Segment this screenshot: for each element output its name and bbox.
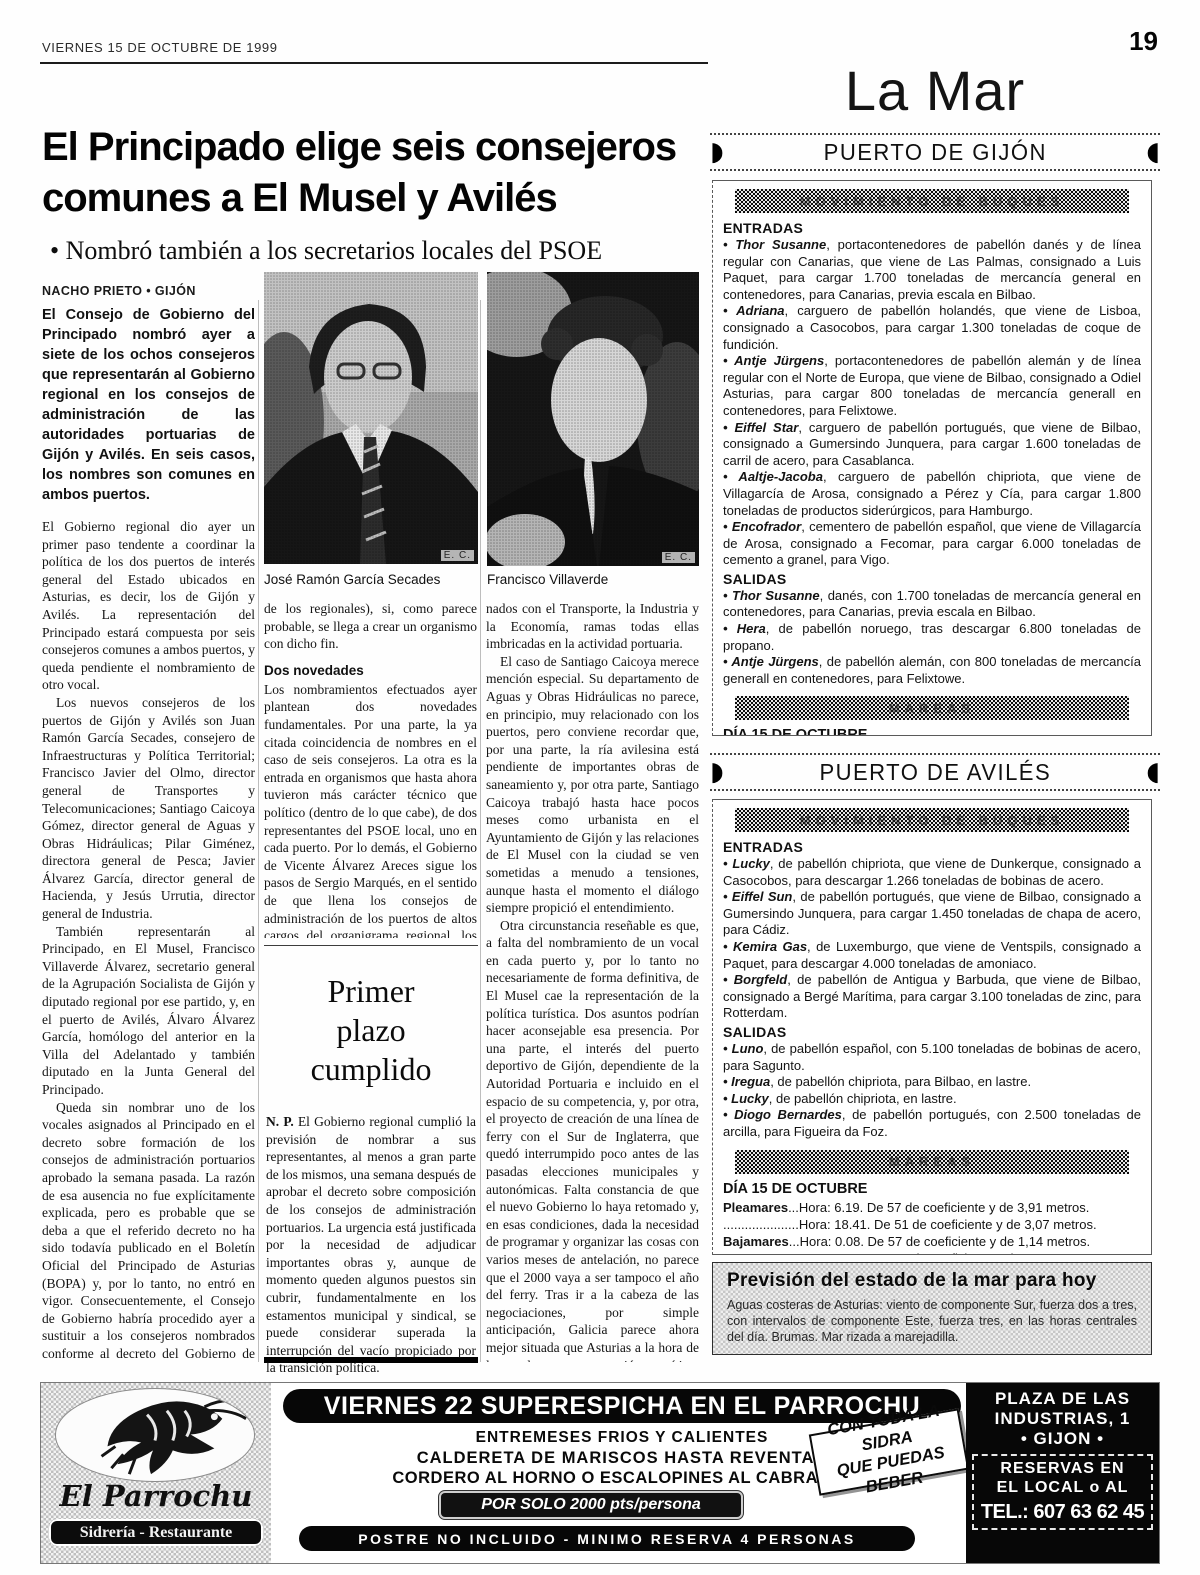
- ad-address-line: • GIJON •: [972, 1429, 1153, 1449]
- tide-line: .....................Hora: 18.41. De 51 …: [723, 1216, 1141, 1233]
- gijon-salidas-list: • Thor Susanne, danés, con 1.700 tonelad…: [723, 588, 1141, 688]
- photo-credit: E. C.: [662, 552, 695, 563]
- tides-day-label: DÍA 15 DE OCTUBRE: [723, 1181, 1141, 1197]
- ad-logo-oval: [55, 1388, 255, 1482]
- ship-entry: • Iregua, de pabellón chipriota, para Bi…: [723, 1074, 1141, 1091]
- ad-contact-panel: PLAZA DE LAS INDUSTRIAS, 1 • GIJON • RES…: [966, 1383, 1159, 1563]
- restaurant-advertisement: El Parrochu Sidrería - Restaurante VIERN…: [40, 1382, 1160, 1564]
- aviles-entradas-list: • Lucky, de pabellón chipriota, que vien…: [723, 856, 1141, 1022]
- article-paragraph: También representarán al Principado, en …: [42, 923, 255, 1099]
- aviles-salidas-list: • Luno, de pabellón español, con 5.100 t…: [723, 1041, 1141, 1141]
- article-column-2: de los regionales), si, como parece prob…: [264, 600, 477, 938]
- ship-entry: • Luno, de pabellón español, con 5.100 t…: [723, 1041, 1141, 1074]
- article-paragraph: El caso de Santiago Caicoya merece menci…: [486, 653, 699, 917]
- salidas-label: SALIDAS: [723, 1024, 1141, 1040]
- tides-day-label: DÍA 15 DE OCTUBRE: [723, 727, 1141, 736]
- ship-entry: • Lucky, de pabellón chipriota, que vien…: [723, 856, 1141, 889]
- ship-entry: • Eiffel Star, carguero de pabellón port…: [723, 420, 1141, 470]
- ship-entry: • Antje Jürgens, portacontenedores de pa…: [723, 353, 1141, 419]
- ad-phone-number: TEL.: 607 63 62 45: [976, 1501, 1149, 1524]
- sidebar-article-initials: N. P.: [266, 1114, 298, 1129]
- photo-credit: E. C.: [441, 550, 474, 561]
- page-number: 19: [1129, 26, 1158, 57]
- ship-entry: • Borgfeld, de pabellón de Antigua y Bar…: [723, 972, 1141, 1022]
- ad-restaurant-name: El Parrochu: [45, 1479, 267, 1513]
- ship-entry: • Encofrador, cementero de pabellón espa…: [723, 519, 1141, 569]
- ad-address-line: PLAZA DE LAS: [972, 1389, 1153, 1409]
- ship-entry: • Eiffel Sun, de pabellón portugués, que…: [723, 889, 1141, 939]
- ad-reservations-line: RESERVAS EN: [976, 1459, 1149, 1478]
- article-subhead: • Nombró también a los secretarios local…: [50, 236, 700, 266]
- tide-line: .....................Hora: 12.34. De 51 …: [723, 1250, 1141, 1256]
- header-rule: [40, 62, 708, 64]
- sea-forecast-box: Previsión del estado de la mar para hoy …: [712, 1262, 1152, 1355]
- article-paragraph: Queda sin nombrar uno de los vocales asi…: [42, 1099, 255, 1362]
- puerto-gijon-header: ◗ PUERTO DE GIJÓN ◖: [710, 133, 1160, 171]
- puerto-gijon-title: PUERTO DE GIJÓN: [732, 139, 1138, 166]
- article-byline: NACHO PRIETO • GIJÓN: [42, 284, 196, 298]
- mareas-bar: MAREAS: [735, 696, 1129, 720]
- article-paragraph: nados con el Transporte, la Industria y …: [486, 600, 699, 653]
- puerto-aviles-title: PUERTO DE AVILÉS: [732, 759, 1138, 786]
- column-rule-2: [480, 300, 481, 1362]
- photo-caption: Francisco Villaverde: [487, 572, 608, 587]
- article-column-1: El Consejo de Gobierno del Principado no…: [42, 305, 255, 1362]
- puerto-aviles-header: ◗ PUERTO DE AVILÉS ◖: [710, 753, 1160, 791]
- ad-cider-badge: CON TODA LA SIDRAQUE PUEDAS BEBER: [809, 1408, 969, 1495]
- half-disc-left-icon: ◖: [1146, 139, 1160, 165]
- movimiento-de-buques-bar: MOVIMIENTO DE BUQUES: [735, 189, 1129, 213]
- sea-forecast-body: Aguas costeras de Asturias: viento de co…: [727, 1297, 1137, 1345]
- entradas-label: ENTRADAS: [723, 839, 1141, 855]
- salidas-label: SALIDAS: [723, 571, 1141, 587]
- ad-footer-banner: POSTRE NO INCLUIDO - MINIMO RESERVA 4 PE…: [299, 1526, 915, 1551]
- ad-logo-panel: El Parrochu Sidrería - Restaurante: [41, 1383, 271, 1563]
- ad-reservations-line: EL LOCAL o AL: [976, 1478, 1149, 1497]
- article-lead: El Consejo de Gobierno del Principado no…: [42, 305, 255, 505]
- ship-entry: • Antje Jürgens, de pabellón alemán, con…: [723, 654, 1141, 687]
- article-paragraph: de los regionales), si, como parece prob…: [264, 600, 477, 653]
- entradas-label: ENTRADAS: [723, 220, 1141, 236]
- ship-entry: • Lucky, de pabellón chipriota, en lastr…: [723, 1091, 1141, 1108]
- ad-reservations-box: RESERVAS EN EL LOCAL o AL TEL.: 607 63 6…: [972, 1454, 1153, 1530]
- aviles-tides-list: Pleamares...Hora: 6.19. De 57 de coefici…: [723, 1199, 1141, 1256]
- puerto-gijon-box: MOVIMIENTO DE BUQUES ENTRADAS • Thor Sus…: [712, 180, 1152, 736]
- ship-entry: • Adriana, carguero de pabellón holandés…: [723, 303, 1141, 353]
- column-rule-1: [258, 300, 259, 1362]
- half-disc-left-icon: ◖: [1146, 759, 1160, 785]
- article-paragraph: Los nombramientos efectuados ayer plante…: [264, 681, 477, 938]
- gijon-entradas-list: • Thor Susanne, portacontenedores de pab…: [723, 237, 1141, 569]
- section-title: La Mar: [710, 58, 1160, 123]
- ad-price-pill: POR SOLO 2000 pts/persona: [441, 1493, 741, 1517]
- article-paragraph: Los nuevos consejeros de los puertos de …: [42, 694, 255, 923]
- sidebar-article-box: Primer plazo cumplido N. P. El Gobierno …: [264, 945, 478, 1363]
- mareas-bar: MAREAS: [735, 1150, 1129, 1174]
- ship-entry: • Thor Susanne, portacontenedores de pab…: [723, 237, 1141, 303]
- sidebar-article-body: N. P. El Gobierno regional cumplió la pr…: [264, 1113, 478, 1377]
- sea-forecast-title: Previsión del estado de la mar para hoy: [727, 1270, 1137, 1292]
- half-disc-right-icon: ◗: [710, 759, 724, 785]
- article-headline: El Principado elige seis consejeros comu…: [42, 122, 707, 224]
- article-crosshead: Dos novedades: [264, 663, 477, 678]
- photo-francisco-villaverde: E. C.: [487, 272, 699, 566]
- ship-entry: • Aaltje-Jacoba, carguero de pabellón ch…: [723, 469, 1141, 519]
- article-paragraph: El Gobierno regional dio ayer un primer …: [42, 518, 255, 694]
- movimiento-de-buques-bar: MOVIMIENTO DE BUQUES: [735, 808, 1129, 832]
- puerto-aviles-box: MOVIMIENTO DE BUQUES ENTRADAS • Lucky, d…: [712, 799, 1152, 1255]
- article-column-3: nados con el Transporte, la Industria y …: [486, 600, 699, 1362]
- ad-address-line: INDUSTRIAS, 1: [972, 1409, 1153, 1429]
- sidebar-article-title: Primer plazo cumplido: [264, 972, 478, 1089]
- page-dateline: VIERNES 15 DE OCTUBRE DE 1999: [42, 40, 278, 55]
- ship-entry: • Kemira Gas, de Luxemburgo, que viene d…: [723, 939, 1141, 972]
- shrimp-icon: [56, 1389, 254, 1482]
- photo-caption: José Ramón García Secades: [264, 572, 440, 587]
- tide-line: Bajamares...Hora: 0.08. De 57 de coefici…: [723, 1233, 1141, 1250]
- ad-restaurant-type: Sidrería - Restaurante: [49, 1519, 263, 1546]
- article-paragraph: Otra circunstancia reseñable es que, a f…: [486, 917, 699, 1362]
- ship-entry: • Diogo Bernardes, de pabellón portugués…: [723, 1107, 1141, 1140]
- ship-entry: • Hera, de pabellón noruego, tras descar…: [723, 621, 1141, 654]
- tide-line: Pleamares...Hora: 6.19. De 57 de coefici…: [723, 1199, 1141, 1216]
- half-disc-right-icon: ◗: [710, 139, 724, 165]
- ship-entry: • Thor Susanne, danés, con 1.700 tonelad…: [723, 588, 1141, 621]
- photo-jose-ramon-garcia-secades: E. C.: [264, 272, 478, 564]
